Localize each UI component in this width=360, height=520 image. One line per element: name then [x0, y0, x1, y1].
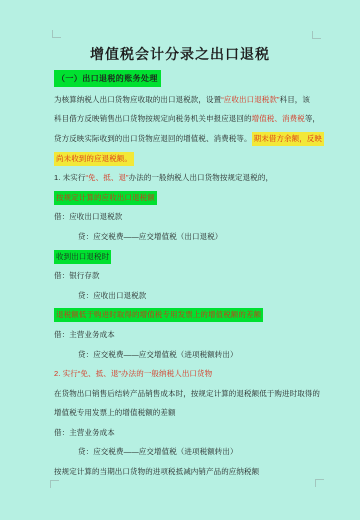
doc-line: 贷：应交税费——应交增值税（进项税额转出） — [54, 443, 322, 463]
doc-line: 贷：应交税费——应交增值税（出口退税） — [54, 227, 322, 247]
text-segment: 增值税、消费税 — [252, 114, 305, 124]
text-segment: 贷：应交税费——应交增值税（进项税额转出） — [78, 350, 238, 360]
document-page: 增值税会计分录之出口退税 （一）出口退税的账务处理 为核算纳税人出口货物应收取的… — [0, 0, 360, 520]
text-segment: 借：银行存款 — [54, 271, 100, 281]
doc-line: 贷：应交税费——应交增值税（进项税额转出） — [54, 345, 322, 365]
text-segment: 贷方反映实际收到的出口货物应退回的增值税、消费税等。 — [54, 134, 252, 144]
text-segment: 按规定计算的当期出口货物的进项税抵减内销产品的应纳税额 — [54, 467, 259, 477]
text-segment: 1. 未实行 — [54, 173, 85, 183]
doc-line: 贷方反映实际收到的出口货物应退回的增值税、消费税等。期末借方余额，反映 — [54, 129, 322, 149]
doc-line: 借：主营业务成本 — [54, 325, 322, 345]
text-segment: 退税额低于购进时取得的增值税专用发票上的增值税额的差额 — [54, 308, 263, 322]
text-segment: 科目借方反映销售出口货物按规定向税务机关申报应退回的 — [54, 114, 252, 124]
text-segment: 借：应收出口退税款 — [54, 212, 122, 222]
doc-line: 1. 未实行“免、抵、退”办法的一般纳税人出口货物按规定退税的， — [54, 168, 322, 188]
text-segment: 收到出口退税时 — [54, 250, 111, 264]
doc-line: 尚未收到的应退税额。 — [54, 149, 322, 169]
doc-line: 借：银行存款 — [54, 266, 322, 286]
document-body: 为核算纳税人出口货物应收取的出口退税款，设置“应收出口退税款”科目，该科目借方反… — [54, 90, 322, 482]
doc-line: 增值税专用发票上的增值税额的差额 — [54, 404, 322, 424]
text-segment: 办法的一般纳税人出口货物按规定退税的， — [129, 173, 273, 183]
text-segment: 在货物出口销售后结转产品销售成本时，按规定计算的退税额低于购进时取得的 — [54, 389, 320, 399]
doc-line: 贷：应收出口退税款 — [54, 286, 322, 306]
doc-line: 2. 实行“免、抵、退”办法的一般纳税人出口货物 — [54, 364, 322, 384]
doc-line: 借：应收出口退税款 — [54, 208, 322, 228]
text-boundary-mark-top-right — [312, 31, 321, 39]
text-segment: 贷：应交税费——应交增值税（出口退税） — [78, 232, 222, 242]
doc-line: 为核算纳税人出口货物应收取的出口退税款，设置“应收出口退税款”科目，该 — [54, 90, 322, 110]
doc-line: 在货物出口销售后结转产品销售成本时，按规定计算的退税额低于购进时取得的 — [54, 384, 322, 404]
text-segment: “免、抵、退” — [85, 173, 128, 183]
section-heading: （一）出口退税的账务处理 — [54, 70, 161, 87]
doc-line: 科目借方反映销售出口货物按规定向税务机关申报应退回的增值税、消费税等， — [54, 110, 322, 130]
text-segment: 借：主营业务成本 — [54, 330, 115, 340]
text-segment: 贷：应收出口退税款 — [78, 291, 146, 301]
text-segment: 贷：应交税费——应交增值税（进项税额转出） — [78, 447, 238, 457]
text-segment: 期末借方余额，反映 — [252, 132, 324, 146]
doc-line: 收到出口退税时 — [54, 247, 322, 267]
doc-line: 借：主营业务成本 — [54, 423, 322, 443]
text-segment: 2. 实行“免、抵、退”办法的一般纳税人出口货物 — [54, 369, 212, 379]
doc-line: 退税额低于购进时取得的增值税专用发票上的增值税额的差额 — [54, 306, 322, 326]
text-segment: 尚未收到的应退税额。 — [54, 152, 134, 166]
text-segment: “应收出口退税款” — [221, 95, 279, 105]
text-boundary-mark-top-left — [52, 30, 61, 38]
text-segment: 增值税专用发票上的增值税额的差额 — [54, 408, 176, 418]
text-segment: 等， — [305, 114, 320, 124]
doc-line: 按规定计算的应收出口退税额 — [54, 188, 322, 208]
text-segment: 科目，该 — [280, 95, 310, 105]
text-segment: 按规定计算的应收出口退税额 — [54, 191, 157, 205]
document-title: 增值税会计分录之出口退税 — [0, 44, 360, 64]
doc-line: 按规定计算的当期出口货物的进项税抵减内销产品的应纳税额 — [54, 462, 322, 482]
text-segment: 为核算纳税人出口货物应收取的出口退税款，设置 — [54, 95, 221, 105]
text-segment: 借：主营业务成本 — [54, 428, 115, 438]
